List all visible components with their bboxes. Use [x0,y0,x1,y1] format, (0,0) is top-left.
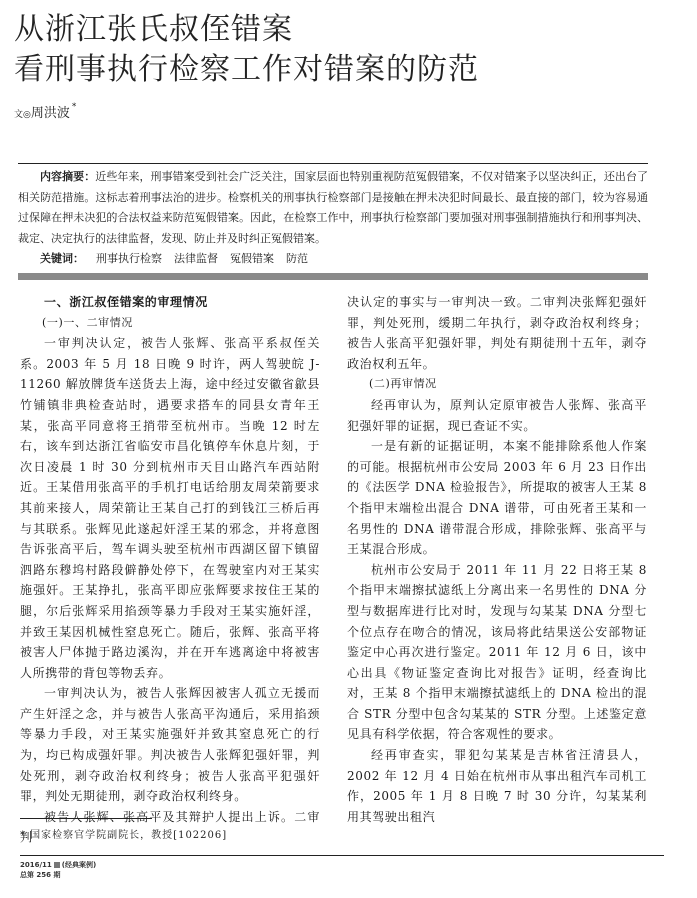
body-paragraph: 决认定的事实与一审判决一致。二审判决张辉犯强奸罪，判处死刑，缓期二年执行，剥夺政… [347,292,647,374]
keywords-line: 关键词：刑事执行检察法律监督冤假错案防范 [18,249,648,270]
body-paragraph: 杭州市公安局于 2011 年 11 月 22 日将王某 8 个指甲末端擦拭滤纸上… [347,560,647,745]
footnote-rule [20,818,152,819]
keyword: 法律监督 [174,252,218,265]
keyword: 防范 [286,252,308,265]
title-line-2: 看刑事执行检察工作对错案的防范 [14,52,479,87]
page-footer-rule [20,855,664,856]
subsection-heading: (一)一、二审情况 [20,313,320,334]
keywords-label: 关键词： [40,252,84,265]
body-paragraph: 经再审查实，罪犯勾某某是吉林省汪清县人，2002 年 12 月 4 日始在杭州市… [347,745,647,827]
author-footnote-mark: * [72,102,77,112]
abstract-block: 内容摘要：近些年来，刑事错案受到社会广泛关注，国家层面也特别重视防范冤假错案，不… [18,167,648,270]
total-issue: 总第 256 期 [20,870,96,880]
body-paragraph: 一审判决认为，被告人张辉因被害人孤立无援而产生奸淫之念，并与被告人张高平沟通后，… [20,683,320,807]
author-name: 周洪波 [31,106,70,121]
body-paragraph: 一审判决认定，被告人张辉、张高平系叔侄关系。2003 年 5 月 18 日晚 9… [20,333,320,683]
title-line-1: 从浙江张氏叔侄错案 [14,12,293,47]
abstract-divider-bar [18,273,648,280]
abstract-text: 近些年来，刑事错案受到社会广泛关注，国家层面也特别重视防范冤假错案，不仅对错案予… [18,170,648,245]
keyword: 刑事执行检察 [96,252,162,265]
abstract-top-rule [18,163,648,164]
issue-date: 2016/11 [20,861,52,869]
page-footer-info: 2016/11(经典案例) 总第 256 期 [20,860,96,880]
abstract-paragraph: 内容摘要：近些年来，刑事错案受到社会广泛关注，国家层面也特别重视防范冤假错案，不… [18,167,648,249]
author-prefix: 文◎ [14,110,31,120]
body-paragraph: 经再审认为，原判认定原审被告人张辉、张高平犯强奸罪的证据，现已查证不实。 [347,395,647,436]
keyword: 冤假错案 [230,252,274,265]
body-column-right: 决认定的事实与一审判决一致。二审判决张辉犯强奸罪，判处死刑，缓期二年执行，剥夺政… [347,292,647,827]
section-heading: 一、浙江叔侄错案的审理情况 [20,292,320,313]
body-column-left: 一、浙江叔侄错案的审理情况 (一)一、二审情况 一审判决认定，被告人张辉、张高平… [20,292,320,848]
journal-logo-icon [54,862,60,868]
author-footnote: * 国家检察官学院副院长，教授[102206] [20,826,227,841]
subsection-heading: (二)再审情况 [347,374,647,395]
article-title: 从浙江张氏叔侄错案 看刑事执行检察工作对错案的防范 [14,10,479,90]
abstract-label: 内容摘要： [40,170,95,183]
column-name: (经典案例) [62,861,96,869]
author-byline: 文◎周洪波* [14,102,76,121]
body-paragraph: 一是有新的证据证明，本案不能排除系他人作案的可能。根据杭州市公安局 2003 年… [347,436,647,560]
